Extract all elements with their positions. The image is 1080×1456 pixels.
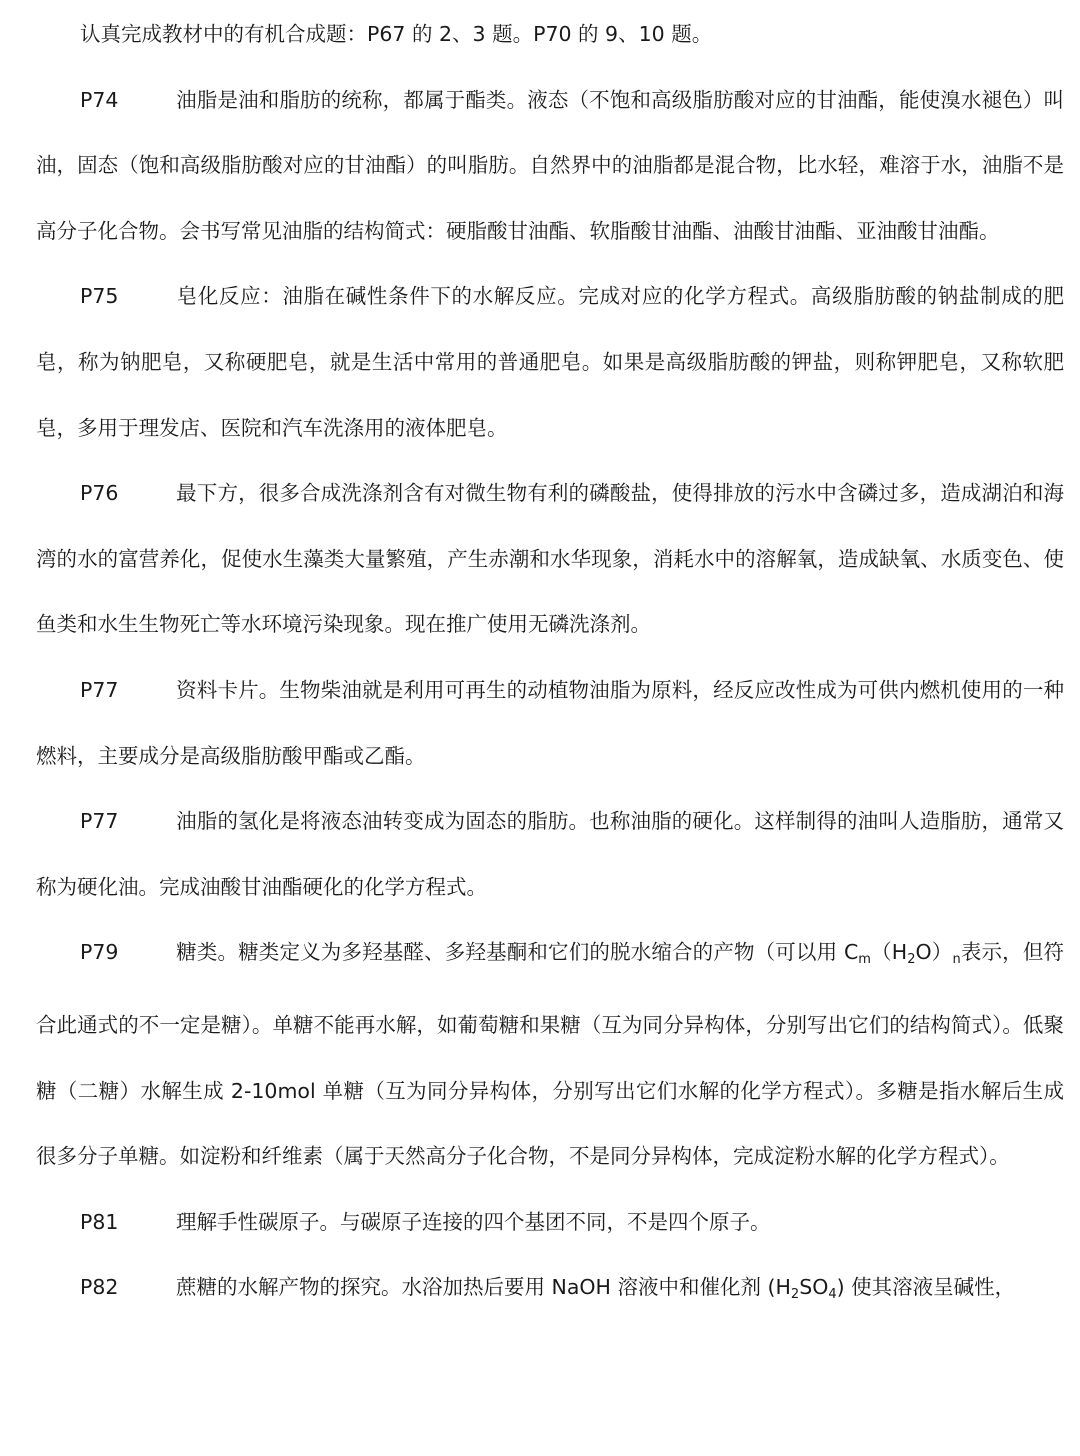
paragraph-text: 蔗糖的水解产物的探究。水浴加热后要用 NaOH 溶液中和催化剂 (H (176, 1275, 791, 1299)
paragraph-text: 最下方，很多合成洗涤剂含有对微生物有利的磷酸盐，使得排放的污水中含磷过多，造成湖… (36, 481, 1064, 636)
paragraph-text: 油脂的氢化是将液态油转变成为固态的脂肪。也称油脂的硬化。这样制得的油叫人造脂肪，… (36, 809, 1064, 899)
intro-text: 认真完成教材中的有机合成题：P67 的 2、3 题。P70 的 9、10 题。 (80, 22, 712, 46)
paragraph-text: 皂化反应：油脂在碱性条件下的水解反应。完成对应的化学方程式。高级脂肪酸的钠盐制成… (36, 284, 1064, 439)
page-ref: P82 (80, 1255, 176, 1321)
paragraph-text: 资料卡片。生物柴油就是利用可再生的动植物油脂为原料，经反应改性成为可供内燃机使用… (36, 678, 1064, 768)
subscript-4: 4 (828, 1287, 836, 1302)
paragraph-text: SO (799, 1275, 828, 1299)
paragraph-text: （H (871, 940, 907, 964)
paragraph-text: 糖类。糖类定义为多羟基醛、多羟基酮和它们的脱水缩合的产物（可以用 C (176, 940, 858, 964)
page-ref: P74 (80, 68, 176, 134)
paragraph-p82: P82蔗糖的水解产物的探究。水浴加热后要用 NaOH 溶液中和催化剂 (H2SO… (36, 1255, 1064, 1328)
page-ref: P75 (80, 264, 176, 330)
paragraph-text: 理解手性碳原子。与碳原子连接的四个基团不同，不是四个原子。 (176, 1210, 771, 1234)
page-ref: P76 (80, 461, 176, 527)
paragraph-p77-hydrogenation: P77油脂的氢化是将液态油转变成为固态的脂肪。也称油脂的硬化。这样制得的油叫人造… (36, 789, 1064, 920)
subscript-m: m (858, 952, 871, 967)
document-body: 认真完成教材中的有机合成题：P67 的 2、3 题。P70 的 9、10 题。 … (36, 0, 1064, 1328)
page-ref: P79 (80, 920, 176, 986)
page-ref: P81 (80, 1190, 176, 1256)
paragraph-p75: P75皂化反应：油脂在碱性条件下的水解反应。完成对应的化学方程式。高级脂肪酸的钠… (36, 264, 1064, 461)
paragraph-text: O） (915, 940, 952, 964)
paragraph-text: ) 使其溶液呈碱性， (837, 1275, 1016, 1299)
paragraph-text: 表示，但符合此通式的不一定是糖）。单糖不能再水解，如葡萄糖和果糖（互为同分异构体… (36, 940, 1064, 1168)
paragraph-p77-biodiesel: P77资料卡片。生物柴油就是利用可再生的动植物油脂为原料，经反应改性成为可供内燃… (36, 658, 1064, 789)
paragraph-p79: P79糖类。糖类定义为多羟基醛、多羟基酮和它们的脱水缩合的产物（可以用 Cm（H… (36, 920, 1064, 1189)
subscript-n: n (952, 952, 960, 967)
subscript-2: 2 (791, 1287, 799, 1302)
paragraph-p81: P81理解手性碳原子。与碳原子连接的四个基团不同，不是四个原子。 (36, 1190, 1064, 1256)
paragraph-p74: P74油脂是油和脂肪的统称，都属于酯类。液态（不饱和高级脂肪酸对应的甘油酯，能使… (36, 68, 1064, 265)
paragraph-p76: P76最下方，很多合成洗涤剂含有对微生物有利的磷酸盐，使得排放的污水中含磷过多，… (36, 461, 1064, 658)
intro-paragraph: 认真完成教材中的有机合成题：P67 的 2、3 题。P70 的 9、10 题。 (36, 2, 1064, 68)
paragraph-text: 油脂是油和脂肪的统称，都属于酯类。液态（不饱和高级脂肪酸对应的甘油酯，能使溴水褪… (36, 88, 1064, 243)
page-ref: P77 (80, 789, 176, 855)
page-ref: P77 (80, 658, 176, 724)
